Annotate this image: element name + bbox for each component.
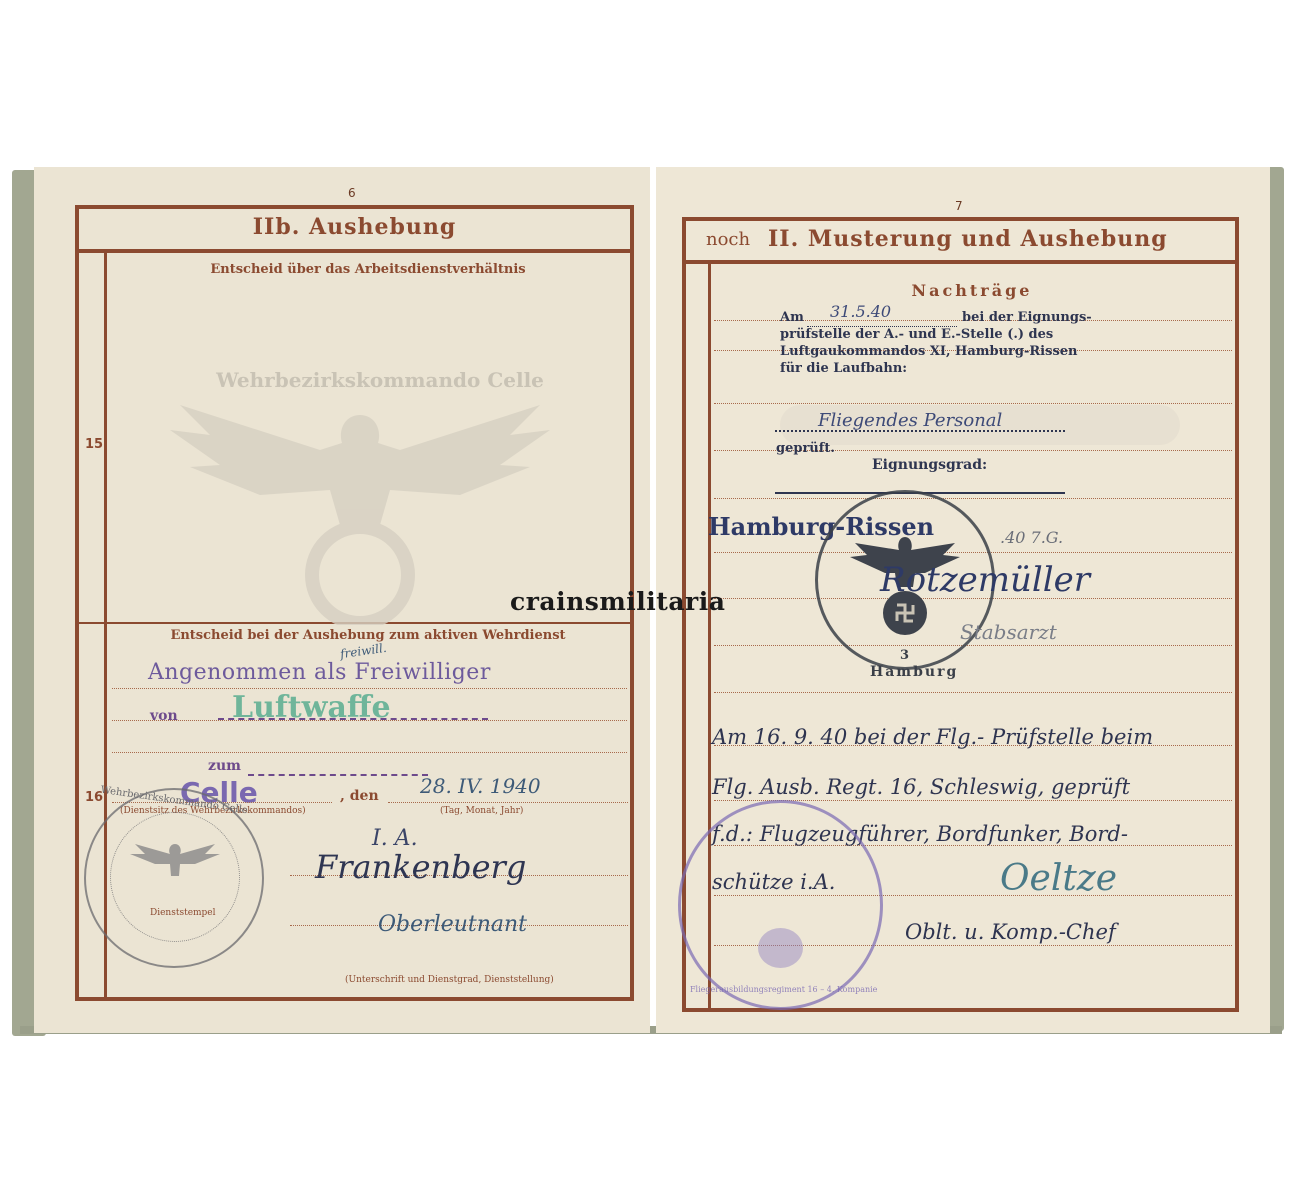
den-label: , den xyxy=(340,788,379,804)
right-page-title: II. Musterung und Aushebung xyxy=(768,226,1218,252)
dotted-line xyxy=(714,403,1232,404)
left-page-title: IIb. Aushebung xyxy=(79,214,630,240)
dotted-line xyxy=(112,720,627,721)
right-title-prefix: noch xyxy=(706,229,750,250)
printed-line-2: prüfstelle der A.- und E.-Stelle (.) des xyxy=(780,326,1053,343)
dotted-line xyxy=(112,688,627,689)
right-date-handwritten: .40 7.G. xyxy=(1000,528,1063,547)
left-title-divider xyxy=(75,249,634,253)
section-15-heading: Entscheid über das Arbeitsdienstverhältn… xyxy=(108,262,628,277)
signature-name: Frankenberg xyxy=(315,848,526,886)
row-number-15: 15 xyxy=(85,437,103,452)
dienststempel-label: Dienststempel xyxy=(150,908,216,918)
caption-date: (Tag, Monat, Jahr) xyxy=(440,806,523,816)
printed-line-4: für die Laufbahn: xyxy=(780,360,907,377)
dotted-line xyxy=(714,498,1232,499)
hamburg-stamp-number: 3 xyxy=(900,648,909,663)
signature-rank: Oberleutnant xyxy=(378,912,527,937)
handwritten-entry-line-5: Oblt. u. Komp.-Chef xyxy=(905,920,1116,944)
signature-oeltze: Oeltze xyxy=(1000,858,1117,899)
right-title-divider xyxy=(682,260,1239,264)
printed-line-3: Luftgaukommandos XI, Hamburg-Rissen xyxy=(780,343,1077,360)
signature-rank-stabsarzt: Stabsarzt xyxy=(960,620,1057,644)
am-label: Am xyxy=(780,309,804,326)
handwritten-entry-line-1: Am 16. 9. 40 bei der Flg.- Prüfstelle be… xyxy=(712,725,1153,749)
laufbahn-handwritten: Fliegendes Personal xyxy=(818,410,1002,431)
hamburg-stamp-city: Hamburg xyxy=(870,664,958,680)
site-watermark: crainsmilitaria xyxy=(510,587,725,616)
date-handwritten: 28. IV. 1940 xyxy=(420,774,541,798)
nachtraege-heading: Nachträge xyxy=(712,281,1232,300)
page-number-right: 7 xyxy=(955,199,963,213)
dotted-line xyxy=(714,692,1232,693)
zum-label: zum xyxy=(208,758,241,774)
dotted-line xyxy=(388,802,628,803)
page-number-left: 6 xyxy=(348,186,356,200)
signature-rotzemueller: Rotzemüller xyxy=(880,560,1090,600)
caption-signature: (Unterschrift und Dienstgrad, Dienststel… xyxy=(345,975,554,985)
section-16-heading: Entscheid bei der Aushebung zum aktiven … xyxy=(108,628,628,643)
company-stamp-text: Fliegerausbildungsregiment 16 – 4. Kompa… xyxy=(690,985,877,994)
geprueft-label: geprüft. xyxy=(776,440,835,457)
am-date: 31.5.40 xyxy=(830,302,891,321)
dotted-line xyxy=(714,645,1232,646)
eignungsgrad-label: Eignungsgrad: xyxy=(872,457,987,474)
printed-line-1: bei der Eignungs- xyxy=(962,309,1092,326)
dotted-line xyxy=(112,752,627,753)
stamp-eagle-icon xyxy=(125,840,225,880)
von-label: von xyxy=(150,708,178,724)
eagle-watermark-icon xyxy=(150,395,570,625)
laufbahn-underline xyxy=(775,430,1065,432)
faint-stamp-text: Wehrbezirkskommando Celle xyxy=(140,368,620,392)
company-stamp-inner-emblem xyxy=(758,928,803,968)
company-stamp xyxy=(678,800,883,1010)
handwritten-entry-line-2: Flg. Ausb. Regt. 16, Schleswig, geprüft xyxy=(712,775,1130,799)
accepted-volunteer-stamp: Angenommen als Freiwilliger xyxy=(148,660,491,685)
zum-underline xyxy=(248,774,428,776)
